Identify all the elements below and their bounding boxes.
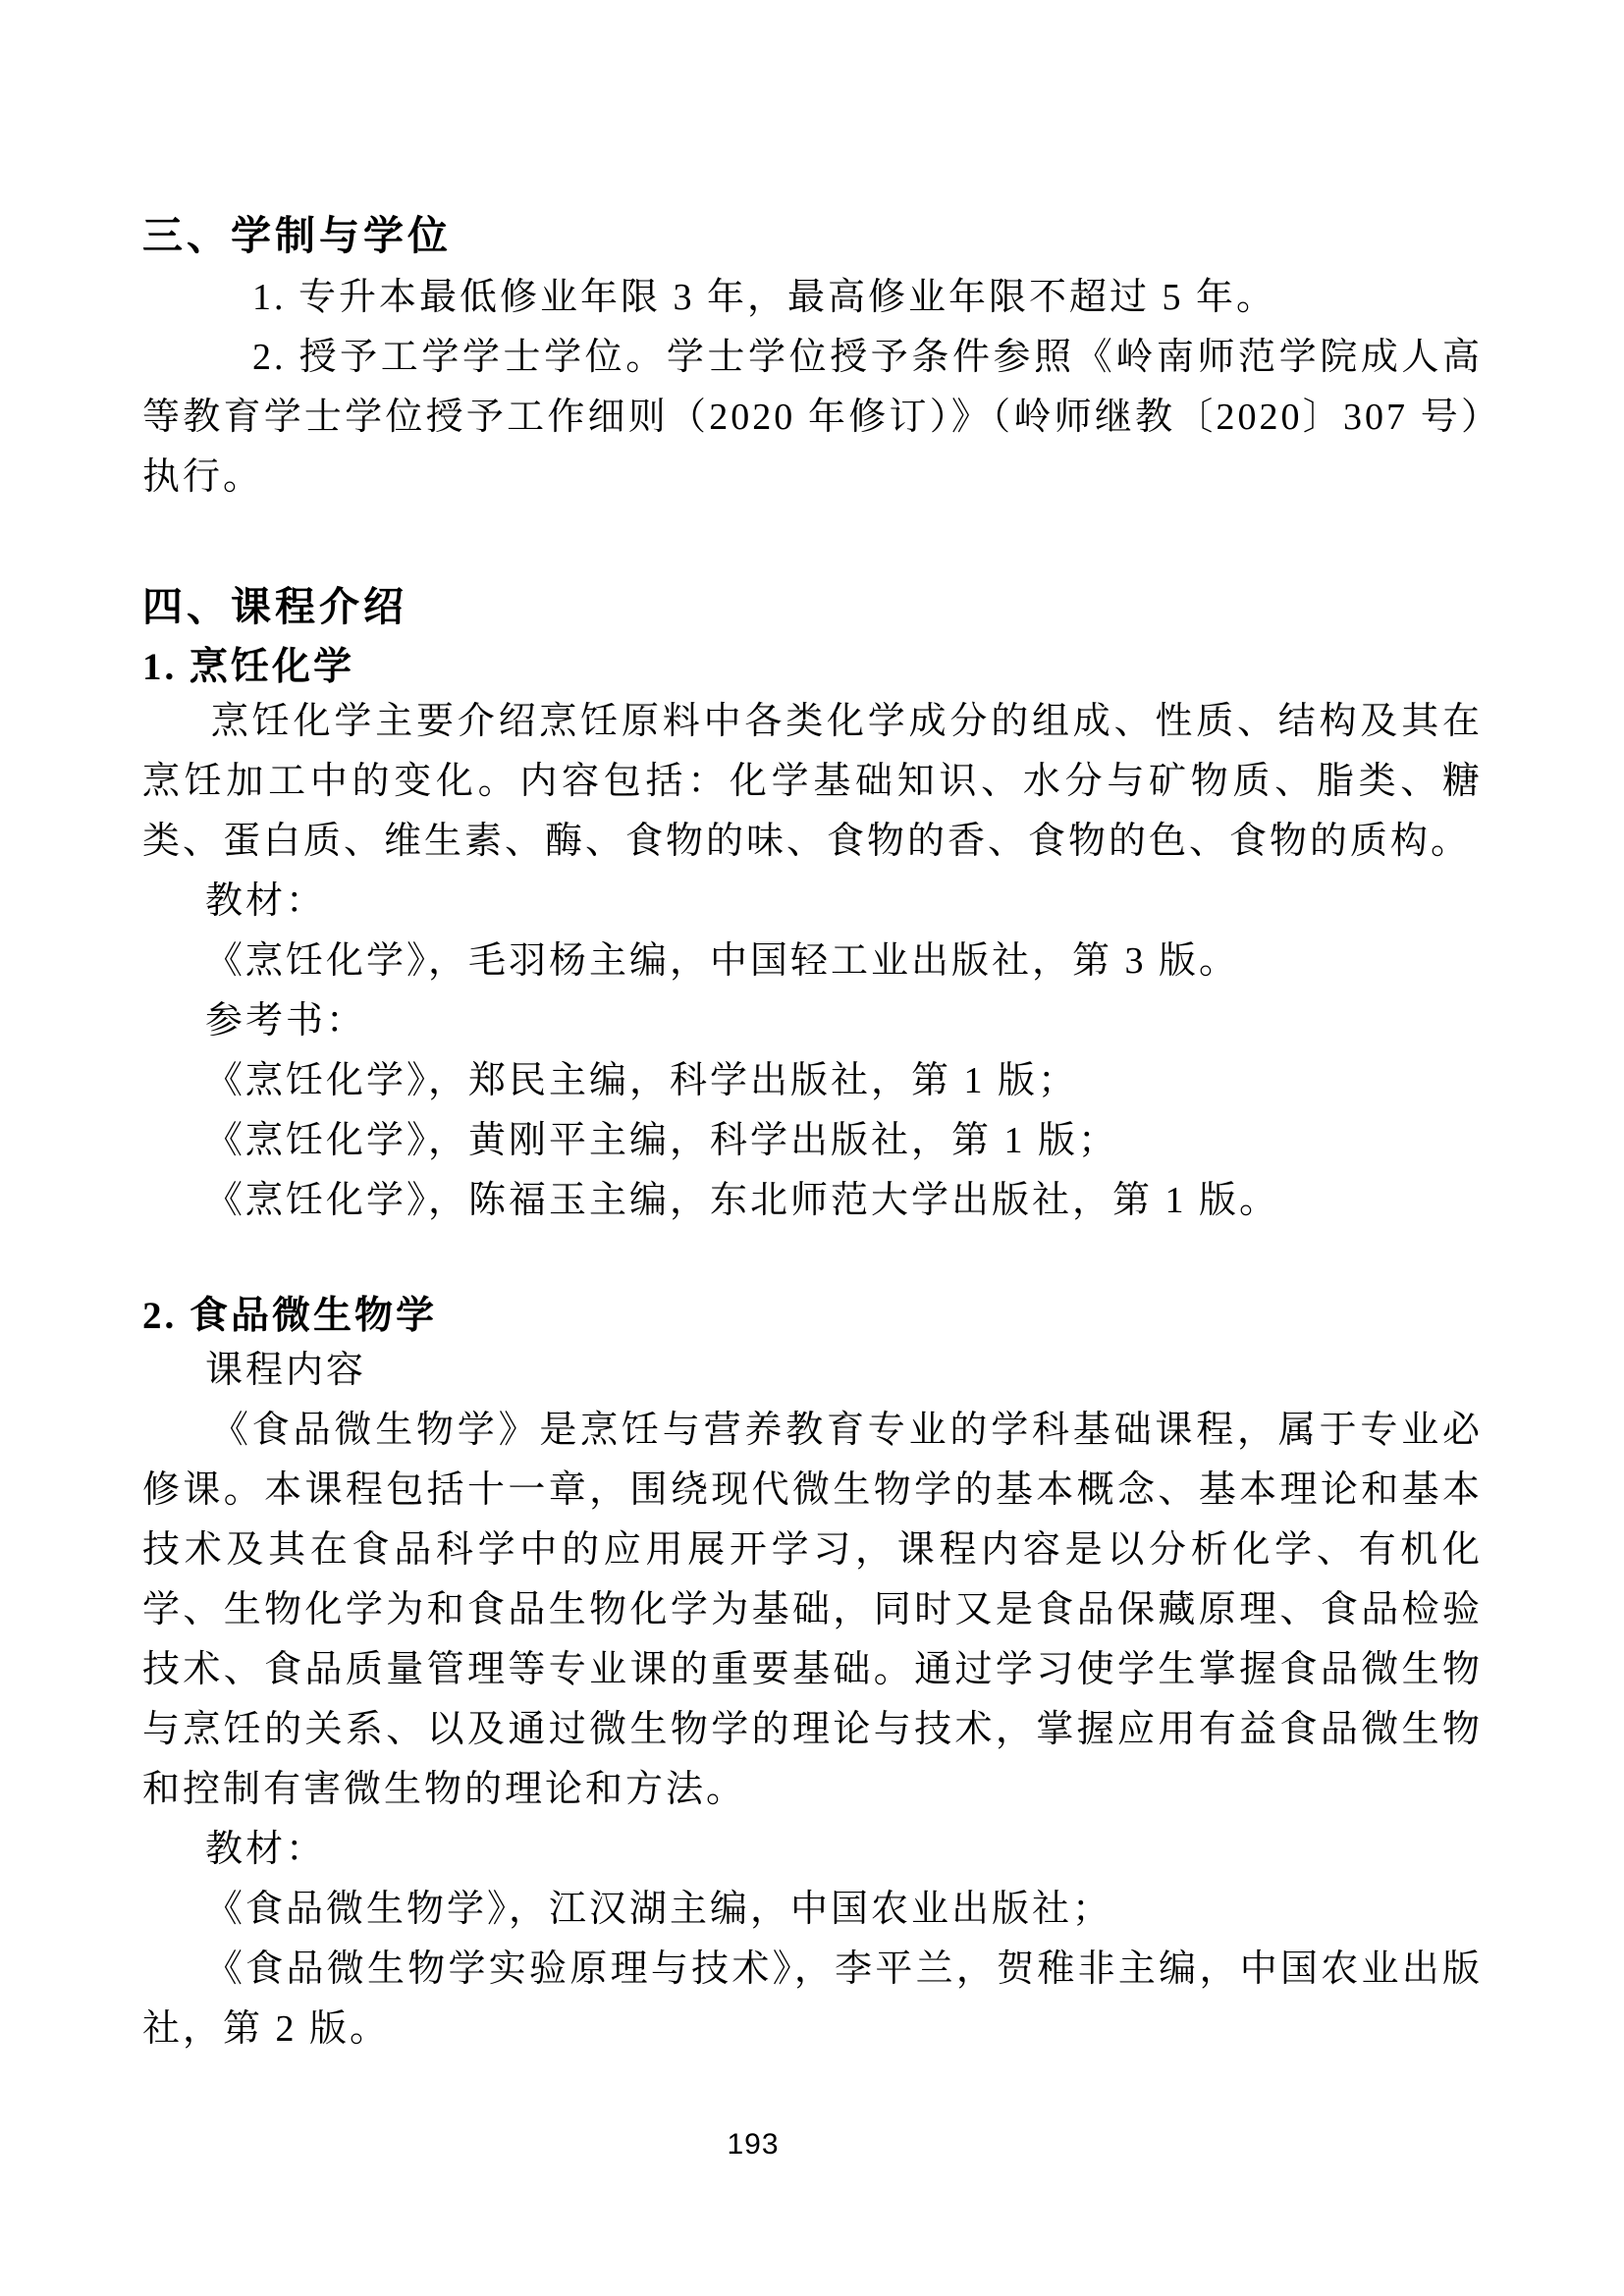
textbook-label: 教材：	[142, 872, 1483, 932]
course-intro-food-microbiology: 《食品微生物学》是烹饪与营养教育专业的学科基础课程，属于专业必修课。本课程包括十…	[142, 1401, 1483, 1820]
course-title-culinary-chemistry: 1. 烹饪化学	[142, 643, 1483, 692]
textbook-label: 教材：	[142, 1820, 1483, 1880]
textbook-entry: 《食品微生物学》，江汉湖主编，中国农业出版社；	[142, 1880, 1483, 1940]
section-heading-degree: 三、学制与学位	[142, 211, 1483, 260]
document-page: 三、学制与学位 1. 专升本最低修业年限 3 年，最高修业年限不超过 5 年。 …	[0, 0, 1624, 2296]
textbook-entry: 《食品微生物学实验原理与技术》，李平兰，贺稚非主编，中国农业出版社，第 2 版。	[142, 1940, 1483, 2059]
reference-entry: 《烹饪化学》，黄刚平主编，科学出版社，第 1 版；	[142, 1111, 1483, 1171]
page-number: 193	[0, 2128, 1506, 2162]
paragraph-degree-award: 2. 授予工学学士学位。学士学位授予条件参照《岭南师范学院成人高等教育学士学位授…	[142, 328, 1483, 507]
textbook-entry: 《烹饪化学》，毛羽杨主编，中国轻工业出版社，第 3 版。	[142, 932, 1483, 991]
reference-entry: 《烹饪化学》，郑民主编，科学出版社，第 1 版；	[142, 1051, 1483, 1111]
course-intro-culinary-chemistry: 烹饪化学主要介绍烹饪原料中各类化学成分的组成、性质、结构及其在烹饪加工中的变化。…	[142, 692, 1483, 872]
course-content-label: 课程内容	[142, 1341, 1483, 1401]
reference-label: 参考书：	[142, 991, 1483, 1051]
section-heading-courses: 四、课程介绍	[142, 582, 1483, 631]
course-title-food-microbiology: 2. 食品微生物学	[142, 1292, 1483, 1341]
reference-entry: 《烹饪化学》，陈福玉主编，东北师范大学出版社，第 1 版。	[142, 1171, 1483, 1231]
paragraph-study-years: 1. 专升本最低修业年限 3 年，最高修业年限不超过 5 年。	[142, 268, 1483, 328]
